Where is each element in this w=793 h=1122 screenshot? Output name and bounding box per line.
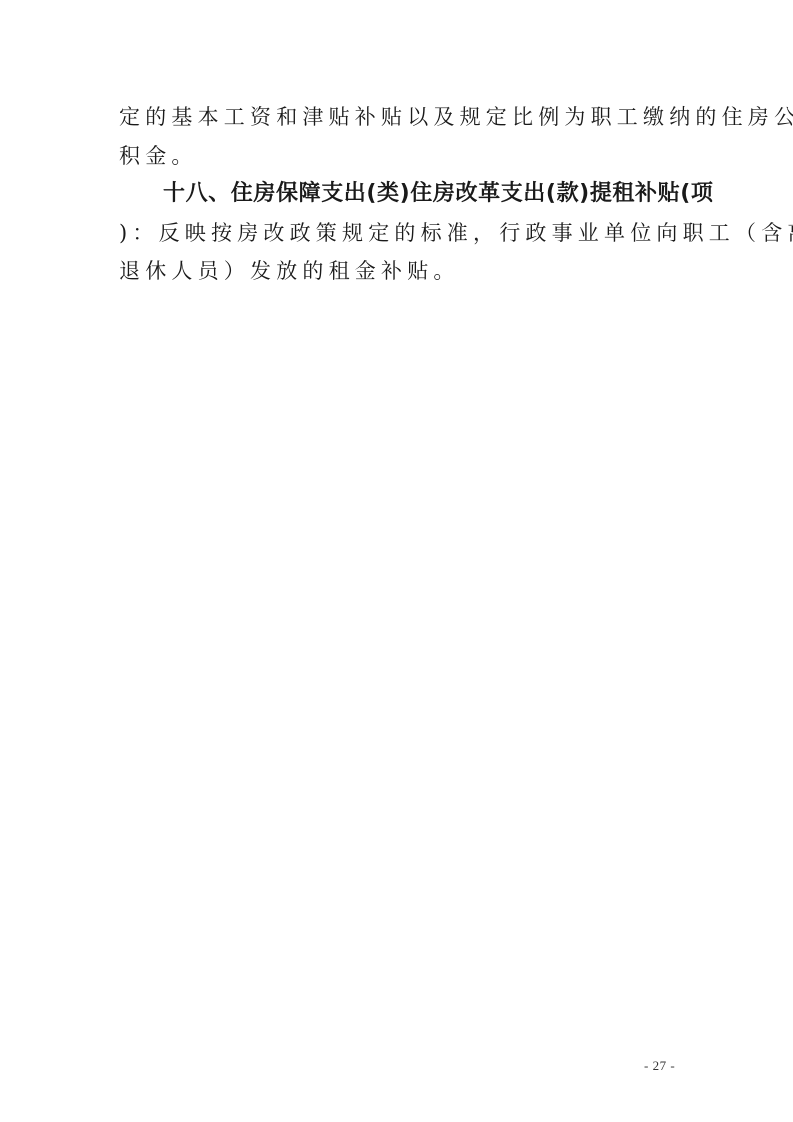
paragraph-line: 积金。 [119,137,675,176]
document-page: 定的基本工资和津贴补贴以及规定比例为职工缴纳的住房公 积金。 十八、住房保障支出… [0,0,793,1122]
paragraph-line: 退休人员）发放的租金补贴。 [119,252,675,291]
page-number: - 27 - [644,1058,675,1074]
paragraph-line: )：反映按房改政策规定的标准，行政事业单位向职工（含离 [119,214,675,253]
section-heading: 十八、住房保障支出(类)住房改革支出(款)提租补贴(项 [119,175,675,214]
document-body: 定的基本工资和津贴补贴以及规定比例为职工缴纳的住房公 积金。 十八、住房保障支出… [119,98,675,291]
paragraph-line: 定的基本工资和津贴补贴以及规定比例为职工缴纳的住房公 [119,98,675,137]
